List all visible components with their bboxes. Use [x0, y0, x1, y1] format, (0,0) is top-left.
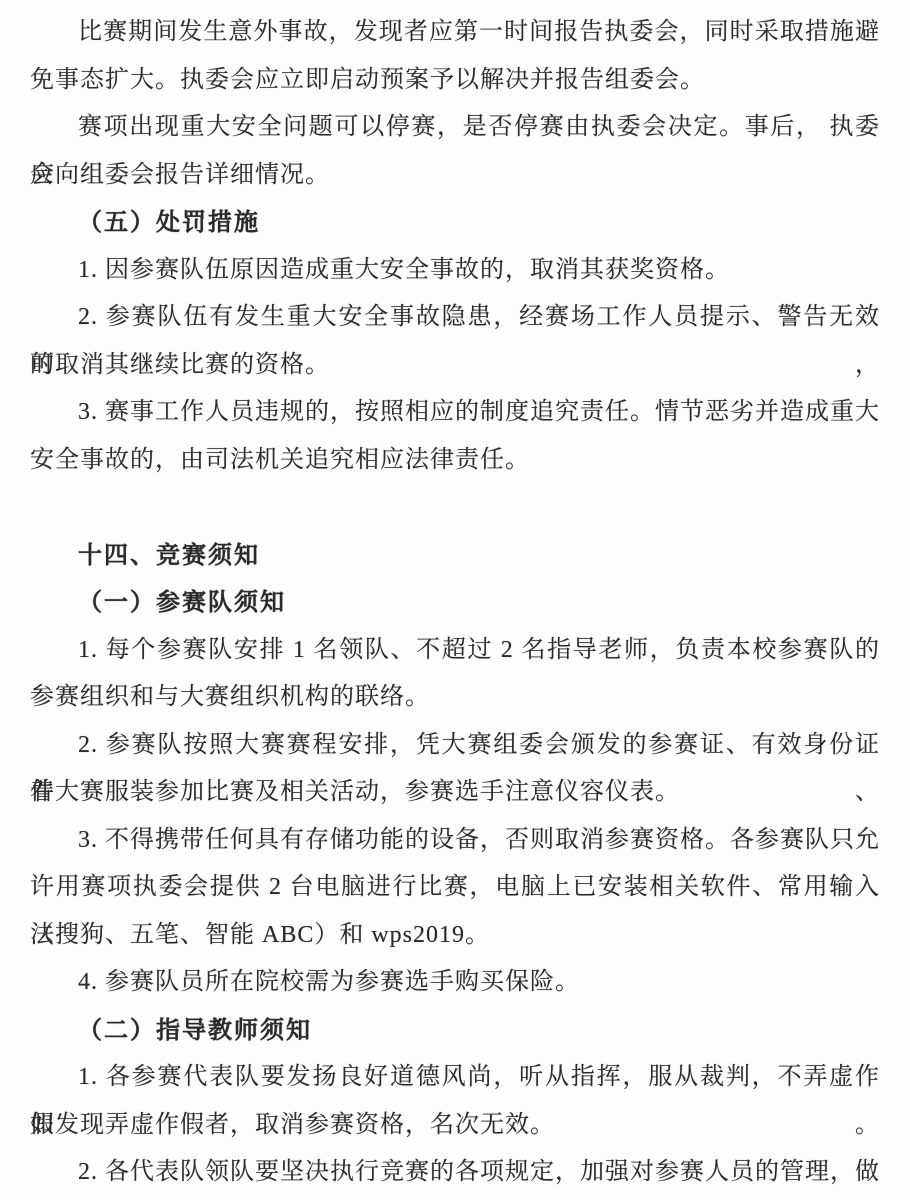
body-text-line: 参赛组织和与大赛组织机构的联络。	[30, 674, 880, 722]
document-page: 比赛期间发生意外事故，发现者应第一时间报告执委会，同时采取措施避免事态扩大。执委…	[0, 0, 910, 1200]
heading-line: （五）处罚措施	[30, 199, 880, 247]
body-text-line: 免事态扩大。执委会应立即启动预案予以解决并报告组委会。	[30, 57, 880, 105]
body-text-line: 赛项出现重大安全问题可以停赛，是否停赛由执委会决定。事后， 执委会	[30, 104, 880, 152]
body-text-line: （搜狗、五笔、智能 ABC）和 wps2019。	[30, 912, 880, 960]
heading-line: （二）指导教师须知	[30, 1007, 880, 1055]
body-text-line: 许用赛项执委会提供 2 台电脑进行比赛，电脑上已安装相关软件、常用输入法	[30, 864, 880, 912]
body-text-line: 1. 各参赛代表队要发扬良好道德风尚，听从指挥，服从裁判，不弄虚作假。	[30, 1054, 880, 1102]
blank-line	[30, 484, 880, 532]
body-text-line: 2. 参赛队按照大赛赛程安排，凭大赛组委会颁发的参赛证、有效身份证件、	[30, 722, 880, 770]
body-text-line: 1. 因参赛队伍原因造成重大安全事故的，取消其获奖资格。	[30, 247, 880, 295]
heading-line: 十四、竞赛须知	[30, 532, 880, 580]
body-text-line: 1. 每个参赛队安排 1 名领队、不超过 2 名指导老师，负责本校参赛队的	[30, 627, 880, 675]
body-text-line: 3. 赛事工作人员违规的，按照相应的制度追究责任。情节恶劣并造成重大	[30, 389, 880, 437]
document-body: 比赛期间发生意外事故，发现者应第一时间报告执委会，同时采取措施避免事态扩大。执委…	[30, 9, 880, 1197]
body-text-line: 3. 不得携带任何具有存储功能的设备，否则取消参赛资格。各参赛队只允	[30, 817, 880, 865]
body-text-line: 4. 参赛队员所在院校需为参赛选手购买保险。	[30, 959, 880, 1007]
body-text-line: 安全事故的，由司法机关追究相应法律责任。	[30, 437, 880, 485]
body-text-line: 2. 参赛队伍有发生重大安全事故隐患，经赛场工作人员提示、警告无效的，	[30, 294, 880, 342]
body-text-line: 2. 各代表队领队要坚决执行竞赛的各项规定，加强对参赛人员的管理，做	[30, 1149, 880, 1197]
heading-line: （一）参赛队须知	[30, 579, 880, 627]
body-text-line: 比赛期间发生意外事故，发现者应第一时间报告执委会，同时采取措施避	[30, 9, 880, 57]
body-text-line: 应向组委会报告详细情况。	[30, 152, 880, 200]
